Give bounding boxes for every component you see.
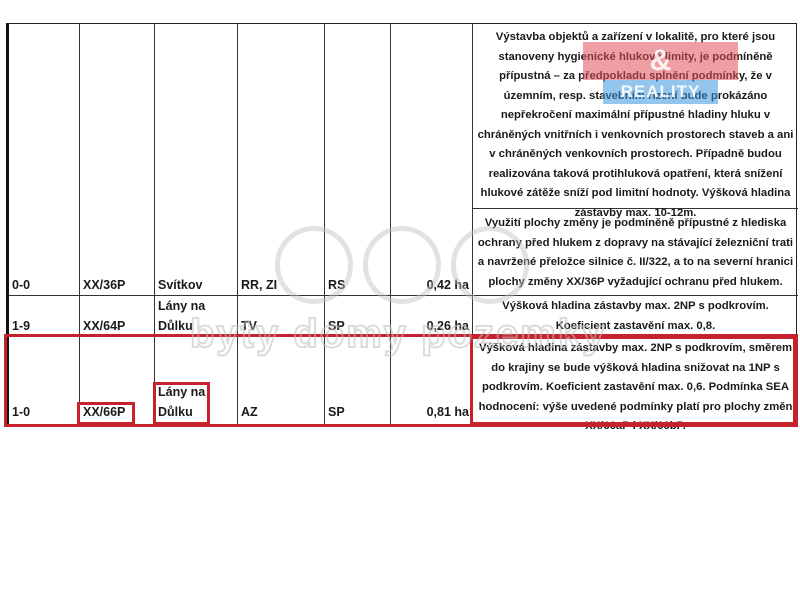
col-divider (79, 24, 80, 424)
zoning-table: 0-0 XX/36P Svítkov RR, ZI RS 0,42 ha Výs… (6, 23, 797, 425)
col-divider (324, 24, 325, 424)
row-stav: AZ (238, 402, 324, 422)
row-note: Výšková hladina zástavby max. 2NP s podk… (473, 297, 798, 336)
row-lokalita: Svítkov (155, 275, 237, 295)
row-note: Využití plochy změny je podmíněně přípus… (473, 214, 798, 292)
row-vymera: 0,26 ha (391, 316, 472, 336)
row-plocha: XX/66P (80, 402, 154, 422)
row-note: Výstavba objektů a zařízení v lokalitě, … (473, 28, 798, 223)
row-code: 0-0 (9, 275, 79, 295)
row-divider (9, 336, 798, 337)
row-code: 1-9 (9, 316, 79, 336)
row-stav: TV (238, 316, 324, 336)
col-divider (237, 24, 238, 424)
row-navrh: SP (325, 402, 390, 422)
row-plocha: XX/64P (80, 316, 154, 336)
row-navrh: RS (325, 275, 390, 295)
row-navrh: SP (325, 316, 390, 336)
col-divider (390, 24, 391, 424)
row-vymera: 0,42 ha (391, 275, 472, 295)
row-plocha: XX/36P (80, 275, 154, 295)
row-note: Výšková hladina zástavby max. 2NP s podk… (473, 339, 798, 437)
row-lokalita: Lány na Důlku (155, 382, 225, 422)
col-divider (154, 24, 155, 424)
row-stav: RR, ZI (238, 275, 324, 295)
row-lokalita: Lány na Důlku (155, 296, 225, 336)
row-divider (9, 295, 798, 296)
row-vymera: 0,81 ha (391, 402, 472, 422)
row-code: 1-0 (9, 402, 79, 422)
